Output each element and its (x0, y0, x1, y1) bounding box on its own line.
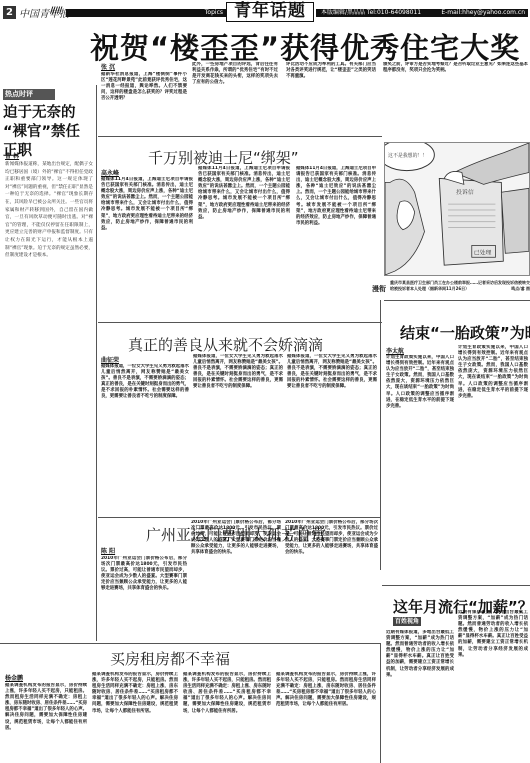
column-divider (96, 85, 97, 641)
disney-headline: 千万别被迪士尼“绑架” (148, 147, 299, 168)
housing-body-col2: 据某调查机构发布的报告显示，房价持续上涨，许多年轻人买不起房，只能租房。然而租房… (92, 672, 178, 763)
main-headline: 祝贺“楼歪歪”获得优秀住宅大奖 (90, 26, 530, 67)
editor-email[interactable]: E-mail:hhey@yahoo.com.cn (441, 9, 525, 17)
editorial-cartoon: 这不是我想的！！ 投诉信 已处理 (384, 142, 530, 276)
one-child-byline: 李太航 (386, 346, 404, 355)
housing-headline: 买房租房都不幸福 (110, 648, 230, 669)
date-line: 2009年11月27日 星期五 (66, 19, 137, 26)
column-divider (380, 643, 381, 763)
editor-line: 本版编辑/黑晶晶 Tel:010-64098011 (321, 9, 421, 17)
cartoon-caption-text: 重庆市某县医疗卫生部门员工在办公楼前举报……记者采访后发现投诉信被转交给被投诉者… (390, 280, 530, 291)
main-body-col2: 此外，一些房地产项目的评选，背后往往有利益关系作祟，所谓的“优秀住宅”有时不过是… (192, 62, 278, 127)
disney-body-col1: 据媒体11月4日报道，上海迪士尼项目申请报告已获国家有关部门核准。消息传出，迪士… (101, 177, 193, 315)
section-divider (382, 585, 530, 586)
decorative-slashes: ///// (50, 6, 61, 16)
newspaper-logo: 中国青年报 (19, 5, 69, 20)
stamp-text: 已处理 (474, 248, 492, 256)
sidebar-tag: 热点时评 (3, 89, 55, 100)
page-number: 2 (3, 6, 16, 19)
column-divider (380, 300, 381, 570)
kindness-byline: 曲征荣 (101, 355, 119, 364)
disney-byline: 高永峰 (101, 168, 119, 177)
guangzhou-body-col3: 2010年广州亚运会门票价格公布后，部分场次门票最高价达1800元，引发市民热议… (285, 520, 378, 638)
section-divider (98, 517, 380, 518)
masthead: 2 中国青年报 ///// 2009年11月27日 星期五 Topics 青年话… (0, 6, 530, 19)
sidebar-body: 新闻媒体报道称，某地出台规定，配偶子女均已移居国（境）外的“裸官”不得担任党政正… (5, 161, 93, 639)
cartoon-label: 漫衔 (372, 284, 386, 294)
main-body-col1: 据新华社消息报道，上海“楼倒倒”事件小区“莲花河畔景苑”此前竟获评优秀住宅，这一… (101, 72, 187, 127)
guangzhou-byline: 陈 阳 (101, 546, 115, 555)
disney-body-col3: 据媒体11月4日报道，上海迪士尼项目申请报告已获国家有关部门核准。消息传出，迪士… (296, 166, 376, 316)
sidebar-byline: 曹 林 (5, 151, 19, 160)
housing-byline: 杨金鹏 (5, 673, 23, 682)
housing-body-col1: 据某调查机构发布的报告显示，房价持续上涨，许多年轻人买不起房，只能租房。然而租房… (5, 683, 87, 763)
kindness-body-col3: 据媒体报道，一位女大学生见义勇为救起落水儿童后悄然离开，网友称赞她是“最美女孩”… (287, 354, 377, 512)
raise-body-col1: 近期有媒体报道，多地出台最低工资调整方案，“加薪”成为热门话题。然而普通劳动者的… (386, 630, 454, 763)
kindness-headline: 真正的善良从来就不会娇滴滴 (128, 334, 323, 355)
main-body-col3: 评比活动不应成为牟利的工具。有关部门应当对各类评奖进行规范，让“楼歪歪”之类的笑… (286, 62, 376, 127)
speech-bubble-text: 这不是我想的！！ (388, 152, 427, 159)
section-divider (98, 322, 382, 323)
section-divider (0, 643, 380, 644)
section-divider (98, 136, 382, 137)
disney-body-col2: 据媒体11月4日报道，上海迪士尼项目申请报告已获国家有关部门核准。消息传出，迪士… (198, 166, 290, 316)
sidebar-title-line1: 迫于无奈的 (3, 104, 93, 123)
guangzhou-body-col2: 2010年广州亚运会门票价格公布后，部分场次门票最高价达1800元，引发市民热议… (191, 520, 281, 638)
main-body-col4: 颁奖之前，评审方是否实地考察过？是否听取过业主意见？如果连这些基本程序都没有，奖… (383, 62, 528, 130)
housing-body-col3: 据某调查机构发布的报告显示，房价持续上涨，许多年轻人买不起房，只能租房。然而租房… (183, 672, 271, 763)
housing-body-col4: 据某调查机构发布的报告显示，房价持续上涨，许多年轻人买不起房，只能租房。然而租房… (276, 672, 376, 763)
main-byline: 张 沉 (101, 62, 115, 71)
cartoon-illustration: 这不是我想的！！ 投诉信 已处理 (385, 143, 529, 275)
section-title: 青年话题 (226, 2, 314, 22)
kindness-body-col2: 据媒体报道，一位女大学生见义勇为救起落水儿童后悄然离开，网友称赞她是“最美女孩”… (193, 354, 283, 512)
document-title: 投诉信 (456, 188, 474, 196)
kindness-body-col1: 据媒体报道，一位女大学生见义勇为救起落水儿童后悄然离开，网友称赞她是“最美女孩”… (101, 364, 189, 512)
editor-bar: 本版编辑/黑晶晶 Tel:010-64098011 E-mail:hhey@ya… (316, 9, 528, 17)
one-child-body-col1: 计划生育政策实施以来，中国人口增长得到有效控制。近年来有观点认为应当放开“二胎”… (386, 355, 454, 570)
cartoon-author: 鸣点/睿 图 (511, 286, 530, 292)
raise-body-col2: 近期有媒体报道，多地出台最低工资调整方案，“加薪”成为热门话题。然而普通劳动者的… (458, 610, 528, 763)
date-bar: 2009年11月27日 星期五 Topics (66, 9, 226, 17)
guangzhou-body-col1: 2010年广州亚运会门票价格公布后，部分场次门票最高价达1800元，引发市民热议… (101, 556, 187, 638)
one-child-headline: 结束“一胎政策”为时尚早 (400, 322, 530, 343)
section-divider (384, 300, 530, 301)
cartoon-caption: 重庆市某县医疗卫生部门员工在办公楼前举报……记者采访后发现投诉信被转交给被投诉者… (390, 280, 530, 291)
topics-label: Topics (202, 9, 223, 17)
one-child-body-col2: 计划生育政策实施以来，中国人口增长得到有效控制。近年来有观点认为应当放开“二胎”… (458, 345, 528, 570)
raise-tag: 百姓视角 (393, 617, 421, 626)
